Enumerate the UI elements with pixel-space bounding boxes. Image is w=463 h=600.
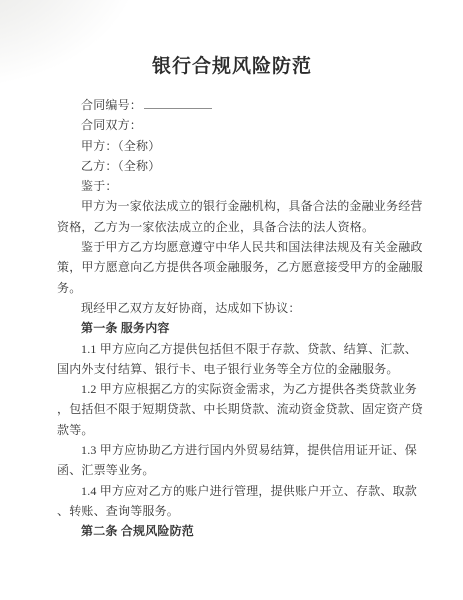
paragraph-line: 现经甲乙双方友好协商，达成如下协议：: [57, 298, 407, 318]
field-contract-parties: 合同双方：: [57, 115, 407, 135]
document-page: 银行合规风险防范 合同编号： 合同双方： 甲方：（全称） 乙方：（全称） 鉴于：…: [0, 0, 463, 600]
paragraph-line: 1.2 甲方应根据乙方的实际资金需求，为乙方提供各类贷款业务: [57, 379, 407, 399]
contract-number-label: 合同编号：: [81, 98, 142, 112]
field-contract-number: 合同编号：: [57, 95, 407, 115]
field-party-b: 乙方：（全称）: [57, 156, 407, 176]
paragraph-line: 1.4 甲方应对乙方的账户进行管理，提供账户开立、存款、取款: [57, 481, 407, 501]
section-heading-1: 第一条 服务内容: [57, 318, 407, 338]
paragraph-line: 甲方为一家依法成立的银行金融机构，具备合法的金融业务经营: [57, 196, 407, 216]
document-content: 银行合规风险防范 合同编号： 合同双方： 甲方：（全称） 乙方：（全称） 鉴于：…: [57, 54, 407, 542]
paragraph-line: 1.1 甲方应向乙方提供包括但不限于存款、贷款、结算、汇款、: [57, 339, 407, 359]
field-party-a: 甲方：（全称）: [57, 136, 407, 156]
paragraph-line: 国内外支付结算、银行卡、电子银行业务等全方位的金融服务。: [57, 359, 407, 379]
paragraph-line: 、转账、查询等服务。: [57, 501, 407, 521]
section-heading-2: 第二条 合规风险防范: [57, 521, 407, 541]
paragraph-line: 鉴于甲方乙方均愿意遵守中华人民共和国法律法规及有关金融政: [57, 237, 407, 257]
paragraph-line: 资格，乙方为一家依法成立的企业，具备合法的法人资格。: [57, 217, 407, 237]
field-whereas: 鉴于：: [57, 176, 407, 196]
contract-number-blank: [144, 98, 212, 109]
paragraph-line: 1.3 甲方应协助乙方进行国内外贸易结算，提供信用证开证、保: [57, 440, 407, 460]
paragraph-line: 务。: [57, 278, 407, 298]
paragraph-line: 策，甲方愿意向乙方提供各项金融服务，乙方愿意接受甲方的金融服: [57, 257, 407, 277]
paragraph-line: 款等。: [57, 420, 407, 440]
paragraph-line: ，包括但不限于短期贷款、中长期贷款、流动资金贷款、固定资产贷: [57, 399, 407, 419]
document-title: 银行合规风险防范: [57, 54, 407, 80]
paragraph-line: 函、汇票等业务。: [57, 460, 407, 480]
